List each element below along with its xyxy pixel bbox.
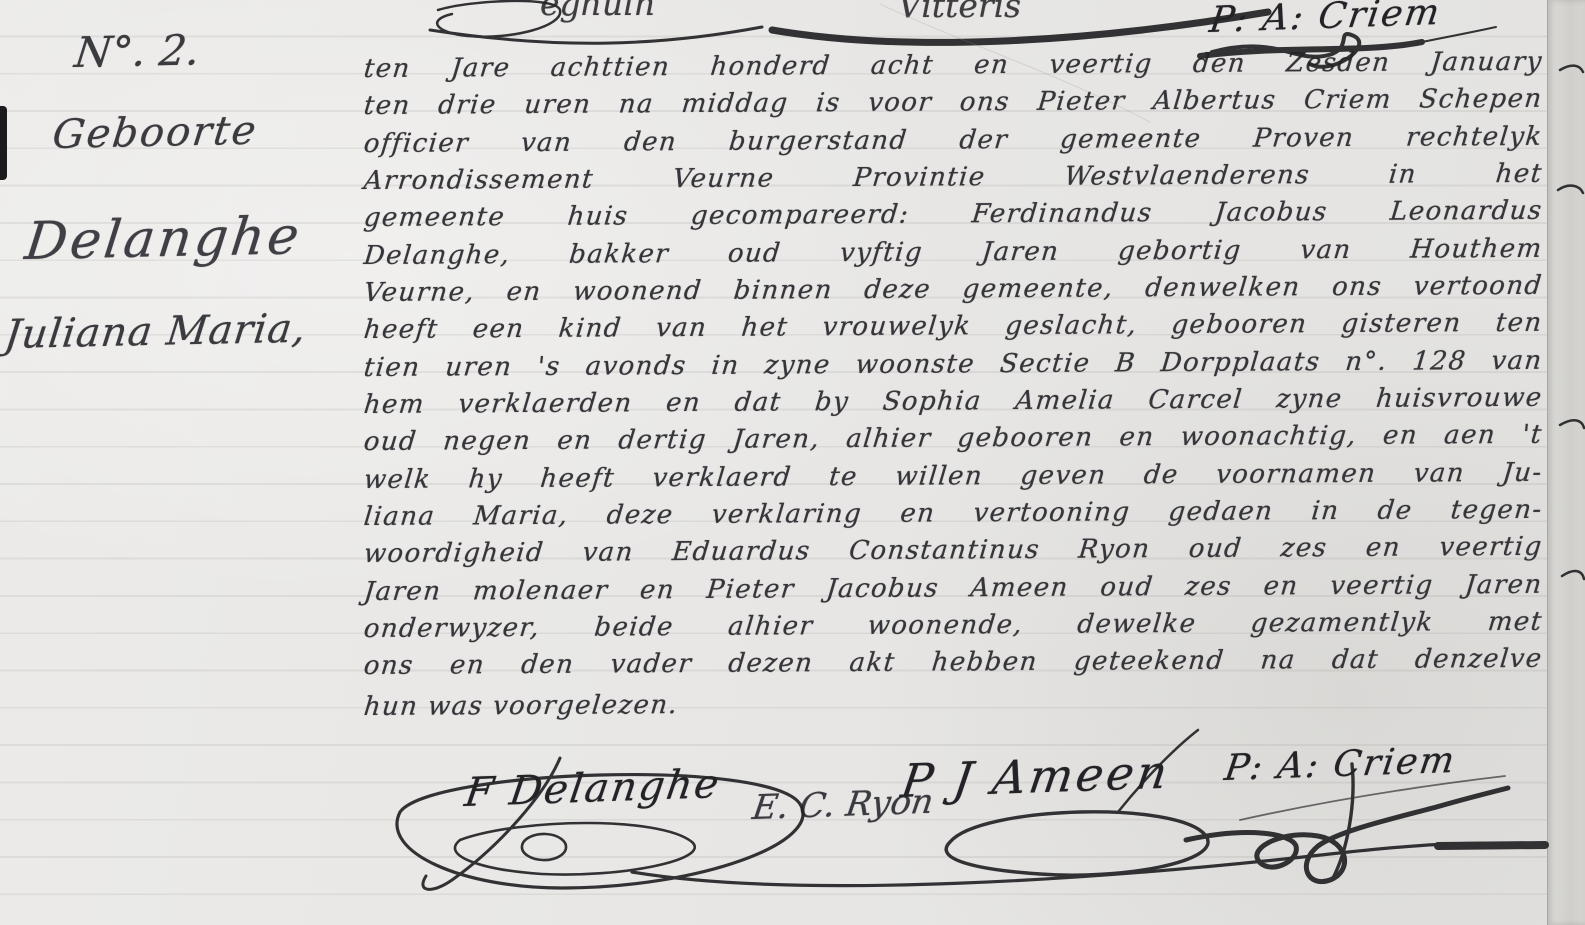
margin-child-given-names: Juliana Maria, — [2, 306, 309, 358]
paraph-ameen-heavy-dash — [1438, 845, 1545, 846]
signature-official-criem: P: A: Criem — [1222, 740, 1459, 789]
previous-act-partial-signature: eghuin — [540, 0, 655, 23]
act-type-label: Geboorte — [50, 108, 260, 158]
body-line: hun was voorgelezen. — [362, 684, 966, 726]
body-line: ons en den vader dezen akt hebben geteek… — [362, 640, 1544, 685]
paraph-delanghe-inner-oval — [455, 823, 695, 875]
page-gutter-edge — [1547, 0, 1585, 925]
paraph-ameen-underline — [632, 843, 1504, 885]
scan-edge-artifact — [0, 106, 7, 180]
paraph-ameen-oval — [946, 812, 1208, 875]
act-number: N°. 2. — [72, 25, 203, 77]
previous-act-partial-signature: Vitteris — [898, 0, 1021, 25]
margin-child-surname: Delanghe — [22, 206, 305, 272]
official-signature-top: P: A: Criem — [1207, 0, 1444, 41]
signature-father-delanghe: F Delanghe — [462, 761, 724, 816]
signature-witness-ameen: P J Ameen — [898, 745, 1174, 808]
paraph-criem-bottom — [1186, 788, 1508, 882]
paraph-delanghe-loop — [522, 834, 566, 860]
scanned-birth-record-page: eghuin Vitteris P: A: Criem N°. 2. Geboo… — [0, 0, 1585, 925]
flourish-top-sweep — [430, 27, 762, 43]
